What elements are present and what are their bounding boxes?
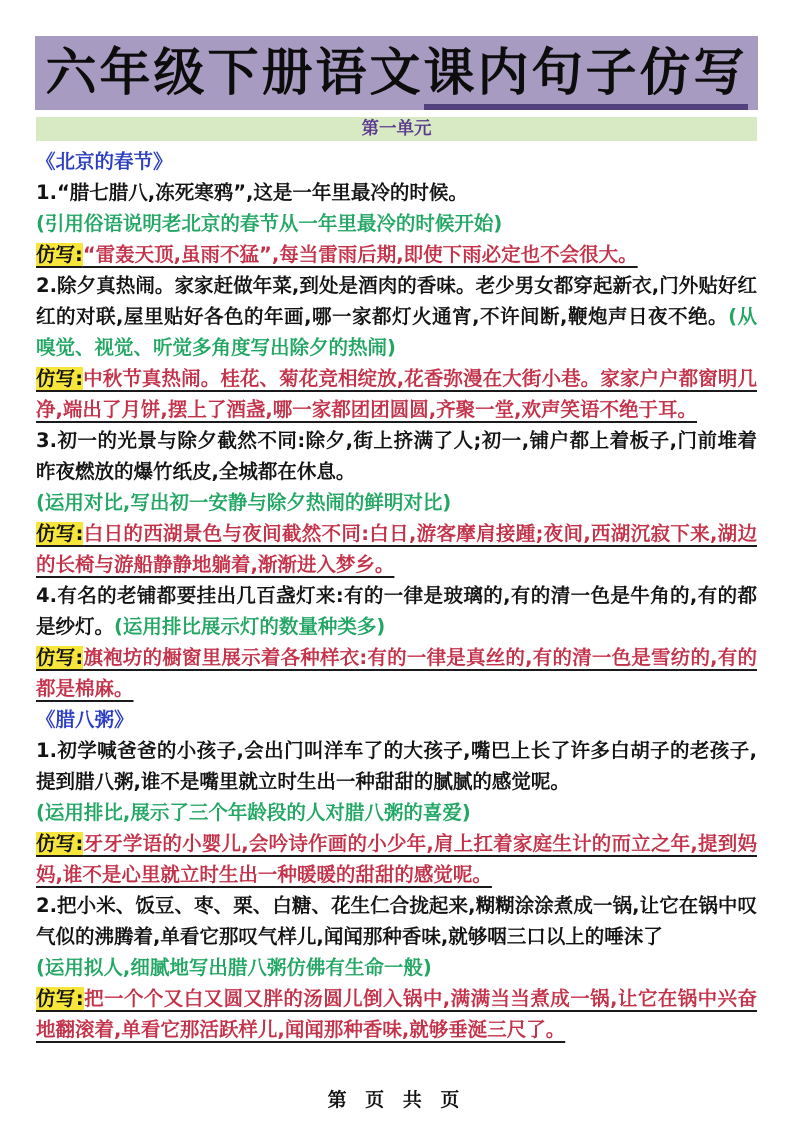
imitation-line-3: 仿写:白日的西湖景色与夜间截然不同:白日,游客摩肩接踵;夜间,西湖沉寂下来,湖边… [36,518,757,580]
fangxie-label: 仿写: [36,646,83,669]
fangxie-label: 仿写: [36,243,83,266]
analysis-note-6: (运用拟人,细腻地写出腊八粥仿佛有生命一般) [36,952,757,983]
page-title: 六年级下册语文课内句子仿写 [35,36,757,110]
worksheet-page: 六年级下册语文课内句子仿写 第一单元 《北京的春节》 1.“腊七腊八,冻死寒鸦”… [0,0,793,1122]
imitation-line-2: 仿写:中秋节真热闹。桂花、菊花竞相绽放,花香弥漫在大街小巷。家家户户都窗明几净,… [36,363,757,425]
imitation-text-2: 中秋节真热闹。桂花、菊花竞相绽放,花香弥漫在大街小巷。家家户户都窗明几净,端出了… [36,367,757,421]
imitation-text-3: 白日的西湖景色与夜间截然不同:白日,游客摩肩接踵;夜间,西湖沉寂下来,湖边的长椅… [36,522,757,576]
original-text-2: 2.除夕真热闹。家家赶做年菜,到处是酒肉的香味。老少男女都穿起新衣,门外贴好红红… [36,274,757,328]
analysis-note-5: (运用排比,展示了三个年龄段的人对腊八粥的喜爱) [36,797,757,828]
imitation-line-5: 仿写:牙牙学语的小婴儿,会吟诗作画的小少年,肩上扛着家庭生计的而立之年,提到妈妈… [36,828,757,890]
imitation-line-4: 仿写:旗袍坊的橱窗里展示着各种样衣:有的一律是真丝的,有的清一色是雪纺的,有的都… [36,642,757,704]
fangxie-label: 仿写: [36,987,84,1010]
original-sentence-1: 1.“腊七腊八,冻死寒鸦”,这是一年里最冷的时候。 [36,177,757,208]
original-sentence-2: 2.除夕真热闹。家家赶做年菜,到处是酒肉的香味。老少男女都穿起新衣,门外贴好红红… [36,270,757,363]
lesson-heading-labazhou: 《腊八粥》 [36,704,757,735]
title-part1: 六年级下册语文 [45,43,423,103]
fangxie-label: 仿写: [36,522,83,545]
title-part2-underlined: 课内句子仿写 [424,43,748,110]
imitation-text-6: 把一个个又白又圆又胖的汤圆儿倒入锅中,满满当当煮成一锅,让它在锅中兴奋地翻滚着,… [36,987,757,1041]
fangxie-label: 仿写: [36,367,83,390]
analysis-note-4: (运用排比展示灯的数量种类多) [114,615,385,638]
page-footer: 第 页 共 页 [0,1085,793,1112]
original-sentence-4: 4.有名的老铺都要挂出几百盏灯来:有的一律是玻璃的,有的清一色是牛角的,有的都是… [36,580,757,642]
unit-banner: 第一单元 [36,117,757,141]
imitation-text-5: 牙牙学语的小婴儿,会吟诗作画的小少年,肩上扛着家庭生计的而立之年,提到妈妈,谁不… [36,832,757,886]
imitation-text-4: 旗袍坊的橱窗里展示着各种样衣:有的一律是真丝的,有的清一色是雪纺的,有的都是棉麻… [36,646,757,700]
imitation-line-6: 仿写:把一个个又白又圆又胖的汤圆儿倒入锅中,满满当当煮成一锅,让它在锅中兴奋地翻… [36,983,757,1045]
original-sentence-6: 2.把小米、饭豆、枣、栗、白糖、花生仁合拢起来,糊糊涂涂煮成一锅,让它在锅中叹气… [36,890,757,952]
worksheet-content: 《北京的春节》 1.“腊七腊八,冻死寒鸦”,这是一年里最冷的时候。 (引用俗语说… [36,146,757,1045]
original-sentence-5: 1.初学喊爸爸的小孩子,会出门叫洋车了的大孩子,嘴巴上长了许多白胡子的老孩子,提… [36,735,757,797]
analysis-note-1: (引用俗语说明老北京的春节从一年里最冷的时候开始) [36,208,757,239]
imitation-text-1: “雷轰天顶,虽雨不猛”,每当雷雨后期,即使下雨必定也不会很大。 [83,243,638,266]
analysis-note-3: (运用对比,写出初一安静与除夕热闹的鲜明对比) [36,487,757,518]
fangxie-label: 仿写: [36,832,83,855]
unit-label: 第一单元 [362,119,432,139]
imitation-line-1: 仿写:“雷轰天顶,虽雨不猛”,每当雷雨后期,即使下雨必定也不会很大。 [36,239,757,270]
original-sentence-3: 3.初一的光景与除夕截然不同:除夕,街上挤满了人;初一,铺户都上着板子,门前堆着… [36,425,757,487]
lesson-heading-beijing-chunjie: 《北京的春节》 [36,146,757,177]
